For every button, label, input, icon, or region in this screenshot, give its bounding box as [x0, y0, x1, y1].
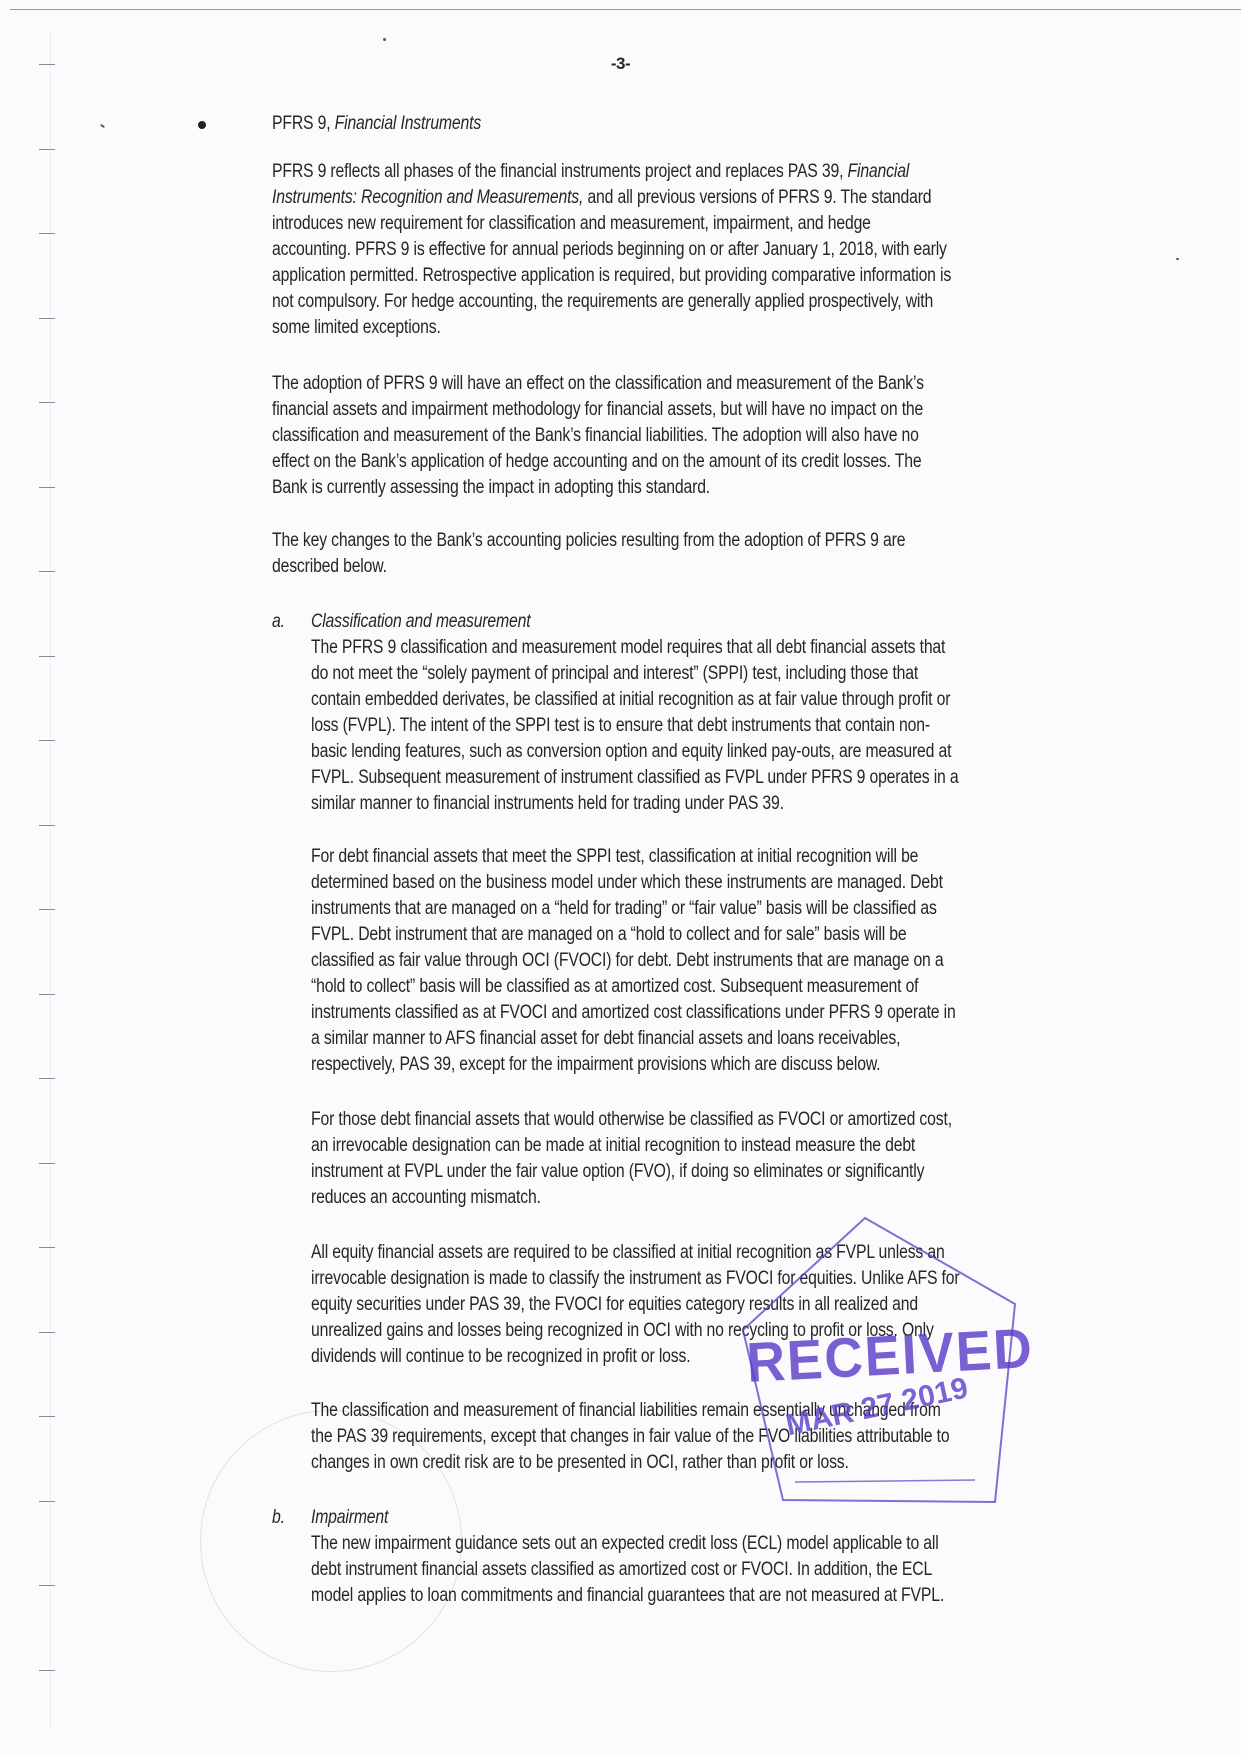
margin-tick [39, 1416, 55, 1417]
scan-speck [1176, 258, 1179, 260]
margin-tick [39, 1247, 55, 1248]
text-line: classified as fair value through OCI (FV… [311, 948, 956, 974]
text-line: irrevocable designation is made to class… [311, 1266, 959, 1292]
margin-tick [39, 233, 55, 234]
text-line: described below. [272, 554, 905, 580]
margin-tick [39, 656, 55, 657]
margin-tick [39, 1585, 55, 1586]
paragraph-adoption: The adoption of PFRS 9 will have an effe… [272, 371, 924, 501]
margin-tick [39, 1332, 55, 1333]
scan-speck [100, 124, 105, 129]
item-b-marker: b. [272, 1505, 285, 1531]
text-line: Bank is currently assessing the impact i… [272, 475, 924, 501]
text-line: introduces new requirement for classific… [272, 211, 951, 237]
text-line: unrealized gains and losses being recogn… [311, 1318, 959, 1344]
margin-tick [39, 402, 55, 403]
text-line: Instruments: Recognition and Measurement… [272, 185, 951, 211]
text-line: classification and measurement of the Ba… [272, 423, 924, 449]
scan-edge [10, 9, 1241, 10]
scan-speck [383, 38, 386, 41]
text-line: not compulsory. For hedge accounting, th… [272, 289, 951, 315]
item-a-paragraph-3: For those debt financial assets that wou… [311, 1107, 952, 1211]
margin-tick [39, 1078, 55, 1079]
margin-tick [39, 149, 55, 150]
item-a-paragraph-1: The PFRS 9 classification and measuremen… [311, 635, 958, 817]
text-line: dividends will continue to be recognized… [311, 1344, 959, 1370]
text-line: instrument at FVPL under the fair value … [311, 1159, 952, 1185]
text-line: For debt financial assets that meet the … [311, 844, 956, 870]
bullet-icon [198, 121, 206, 129]
section-title-italic: Financial Instruments [335, 113, 481, 134]
margin-tick [39, 1501, 55, 1502]
margin-tick [39, 909, 55, 910]
text-line: The classification and measurement of fi… [311, 1398, 949, 1424]
text-line: basic lending features, such as conversi… [311, 739, 958, 765]
item-a-paragraph-4: All equity financial assets are required… [311, 1240, 959, 1370]
text-line: loss (FVPL). The intent of the SPPI test… [311, 713, 958, 739]
text-line: determined based on the business model u… [311, 870, 956, 896]
section-title: PFRS 9, Financial Instruments [272, 111, 481, 137]
item-a-marker: a. [272, 609, 285, 635]
text-line: FVPL. Subsequent measurement of instrume… [311, 765, 958, 791]
text-line: some limited exceptions. [272, 315, 951, 341]
text-line: instruments classified as at FVOCI and a… [311, 1000, 956, 1026]
text-line: the PAS 39 requirements, except that cha… [311, 1424, 949, 1450]
text-line: “hold to collect” basis will be classifi… [311, 974, 956, 1000]
text-line: application permitted. Retrospective app… [272, 263, 951, 289]
text-line: a similar manner to AFS financial asset … [311, 1026, 956, 1052]
text-line: accounting. PFRS 9 is effective for annu… [272, 237, 951, 263]
text-line: The PFRS 9 classification and measuremen… [311, 635, 958, 661]
item-b-heading: Impairment [311, 1505, 388, 1531]
section-title-prefix: PFRS 9, [272, 113, 335, 134]
item-b-paragraph-1: The new impairment guidance sets out an … [311, 1531, 944, 1609]
item-a-paragraph-5: The classification and measurement of fi… [311, 1398, 949, 1476]
item-a-paragraph-2: For debt financial assets that meet the … [311, 844, 956, 1078]
page-number: -3- [0, 54, 1241, 74]
text-line: The adoption of PFRS 9 will have an effe… [272, 371, 924, 397]
text-line: For those debt financial assets that wou… [311, 1107, 952, 1133]
margin-tick [39, 487, 55, 488]
text-line: changes in own credit risk are to be pre… [311, 1450, 949, 1476]
text-line: model applies to loan commitments and fi… [311, 1583, 944, 1609]
margin-tick [39, 571, 55, 572]
paragraph-intro: PFRS 9 reflects all phases of the financ… [272, 159, 951, 341]
text-line: PFRS 9 reflects all phases of the financ… [272, 159, 951, 185]
text-line: respectively, PAS 39, except for the imp… [311, 1052, 956, 1078]
margin-tick [39, 1670, 55, 1671]
text-line: effect on the Bank’s application of hedg… [272, 449, 924, 475]
text-line: FVPL. Debt instrument that are managed o… [311, 922, 956, 948]
text-line: similar manner to financial instruments … [311, 791, 958, 817]
text-line: contain embedded derivates, be classifie… [311, 687, 958, 713]
margin-tick [39, 1163, 55, 1164]
margin-line [50, 30, 51, 1730]
text-line: All equity financial assets are required… [311, 1240, 959, 1266]
item-a-heading: Classification and measurement [311, 609, 530, 635]
text-line: financial assets and impairment methodol… [272, 397, 924, 423]
margin-tick [39, 825, 55, 826]
margin-tick [39, 740, 55, 741]
text-line: an irrevocable designation can be made a… [311, 1133, 952, 1159]
text-line: equity securities under PAS 39, the FVOC… [311, 1292, 959, 1318]
text-line: The key changes to the Bank’s accounting… [272, 528, 905, 554]
paragraph-key-changes: The key changes to the Bank’s accounting… [272, 528, 905, 580]
text-line: reduces an accounting mismatch. [311, 1185, 952, 1211]
text-line: The new impairment guidance sets out an … [311, 1531, 944, 1557]
text-line: do not meet the “solely payment of princ… [311, 661, 958, 687]
margin-tick [39, 994, 55, 995]
text-line: instruments that are managed on a “held … [311, 896, 956, 922]
text-line: debt instrument financial assets classif… [311, 1557, 944, 1583]
margin-tick [39, 318, 55, 319]
